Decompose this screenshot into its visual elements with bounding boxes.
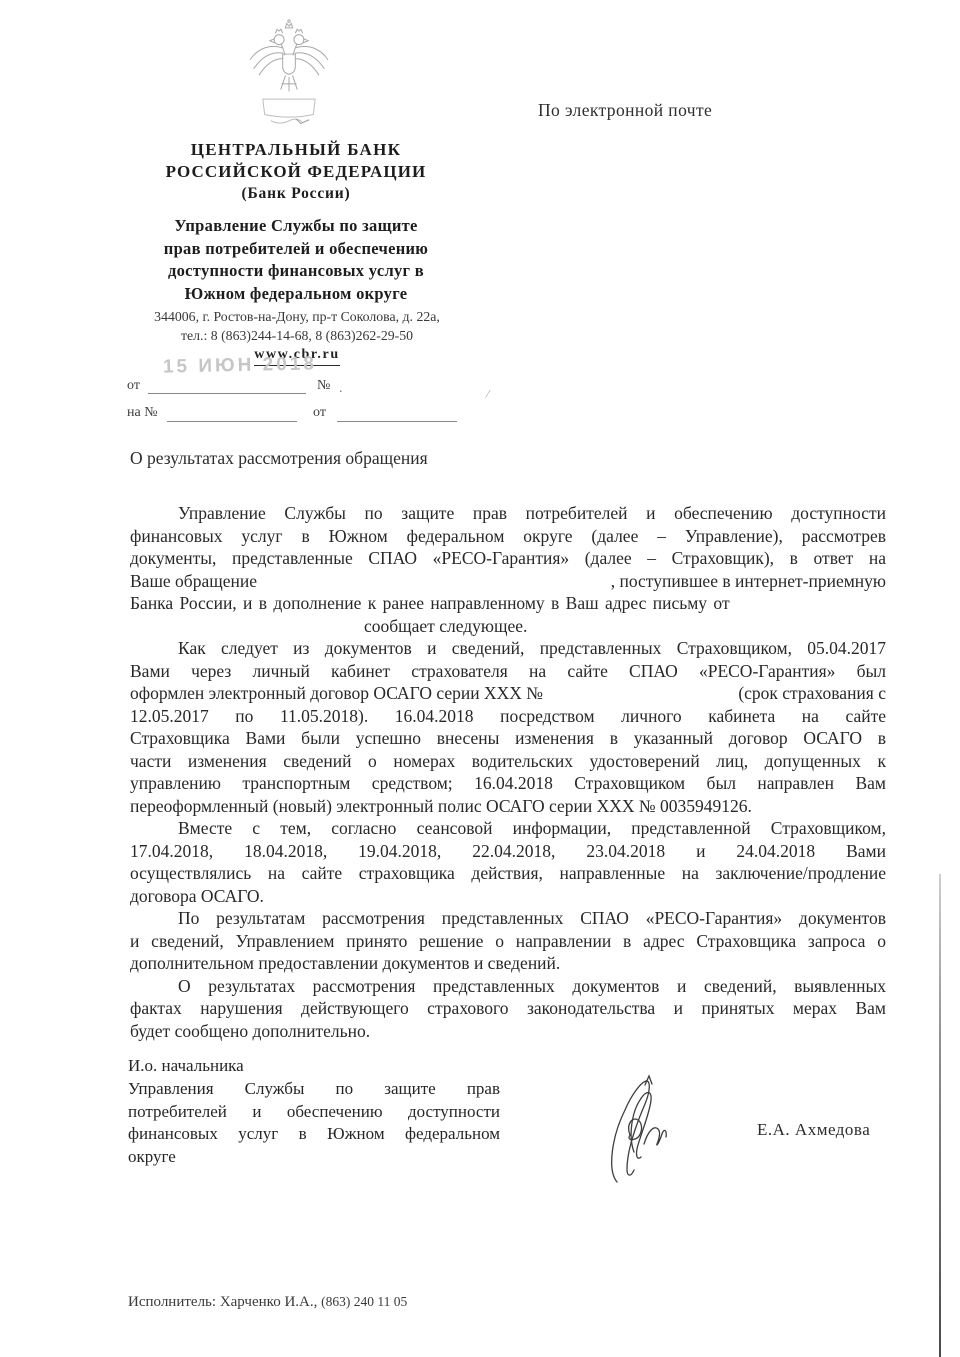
- department-line: прав потребителей и обеспечению: [136, 238, 456, 261]
- body-line: О результатах рассмотрения представленны…: [130, 975, 886, 998]
- body-line: осуществлялись на сайте страховщика дейс…: [130, 862, 886, 885]
- executor-name: Исполнитель: Харченко И.А.,: [128, 1294, 321, 1310]
- date-stamp: 15 ИЮН 2018: [163, 353, 317, 378]
- address-line: тел.: 8 (863)244-14-68, 8 (863)262-29-50: [121, 327, 473, 346]
- russia-coat-of-arms-icon: [243, 18, 335, 128]
- executor-note: Исполнитель: Харченко И.А., (863) 240 11…: [128, 1294, 407, 1311]
- ref-from-label: от: [127, 378, 140, 394]
- body-line: части изменения сведений о номерах водит…: [130, 750, 886, 773]
- reference-row-incoming: на № от: [127, 405, 547, 427]
- address-line: 344006, г. Ростов-на-Дону, пр-т Соколова…: [121, 308, 473, 327]
- executor-phone: (863) 240 11 05: [321, 1294, 407, 1309]
- body-line: будет сообщено дополнительно.: [130, 1020, 886, 1043]
- scan-edge-line: [939, 874, 941, 1357]
- ref-date-blank: [148, 392, 306, 394]
- body-line: Банка России, и в дополнение к ранее нап…: [130, 592, 886, 615]
- body-line-segment: оформлен электронный договор ОСАГО серии…: [130, 682, 543, 705]
- ref-on-number-label: на №: [127, 405, 158, 421]
- signer-position-line: И.о. начальника: [128, 1055, 500, 1078]
- reference-row-outgoing: от № .: [127, 378, 547, 400]
- body-line-segment: (срок страхования с: [738, 682, 886, 705]
- body-line-with-redacted-gap: оформлен электронный договор ОСАГО серии…: [130, 682, 886, 705]
- department-name-block: Управление Службы по защите прав потреби…: [136, 215, 456, 305]
- bank-name-line2: РОССИЙСКОЙ ФЕДЕРАЦИИ: [146, 161, 446, 183]
- body-line: Вместе с тем, согласно сеансовой информа…: [130, 817, 886, 840]
- body-line: фактах нарушения действующего страхового…: [130, 997, 886, 1020]
- body-line: документы, представленные СПАО «РЕСО-Гар…: [130, 547, 886, 570]
- body-line: 12.05.2017 по 11.05.2018). 16.04.2018 по…: [130, 705, 886, 728]
- body-line: 17.04.2018, 18.04.2018, 19.04.2018, 22.0…: [130, 840, 886, 863]
- body-line-segment: Ваше обращение: [130, 570, 257, 593]
- signer-position-line: Управления Службы по защите прав: [128, 1078, 500, 1101]
- signer-position-line: потребителей и обеспечению доступности: [128, 1101, 500, 1124]
- ref-dot-mark: .: [339, 381, 343, 397]
- signer-position-block: И.о. начальника Управления Службы по защ…: [128, 1055, 500, 1169]
- ref-incoming-date-blank: [337, 420, 457, 422]
- signer-position-line: финансовых услуг в Южном федеральном: [128, 1123, 500, 1146]
- body-line: сообщает следующее.: [130, 615, 886, 638]
- body-line: Управление Службы по защите прав потреби…: [130, 502, 886, 525]
- scanned-letter-page: По электронной почте ЦЕНТРАЛЬНЫЙ БАНК РО…: [0, 0, 960, 1357]
- body-line: финансовых услуг в Южном федеральном окр…: [130, 525, 886, 548]
- signer-name: Е.А. Ахмедова: [757, 1120, 870, 1140]
- delivery-method-note: По электронной почте: [538, 100, 712, 121]
- body-line: и сведений, Управлением принято решение …: [130, 930, 886, 953]
- department-line: Южном федеральном округе: [136, 283, 456, 306]
- letter-subject: О результатах рассмотрения обращения: [130, 448, 428, 469]
- handwritten-signature: [603, 1072, 681, 1190]
- body-line: По результатам рассмотрения представленн…: [130, 907, 886, 930]
- ref-incoming-number-blank: [167, 420, 297, 422]
- ref-from-label2: от: [313, 405, 326, 421]
- ref-number-label: №: [317, 378, 330, 394]
- body-line-with-redacted-gap: Ваше обращение , поступившее в интернет-…: [130, 570, 886, 593]
- department-line: Управление Службы по защите: [136, 215, 456, 238]
- signer-position-line: округе: [128, 1146, 500, 1169]
- body-line: управлению транспортным средством; 16.04…: [130, 772, 886, 795]
- body-line: Страховщика Вами были успешно внесены из…: [130, 727, 886, 750]
- body-line: дополнительном предоставлении документов…: [130, 952, 886, 975]
- body-line: переоформленный (новый) электронный поли…: [130, 795, 886, 818]
- department-line: доступности финансовых услуг в: [136, 260, 456, 283]
- bank-name-block: ЦЕНТРАЛЬНЫЙ БАНК РОССИЙСКОЙ ФЕДЕРАЦИИ (Б…: [146, 139, 446, 204]
- bank-name-line3: (Банк России): [146, 183, 446, 204]
- bank-name-line1: ЦЕНТРАЛЬНЫЙ БАНК: [146, 139, 446, 161]
- body-line: договора ОСАГО.: [130, 885, 886, 908]
- letter-body: Управление Службы по защите прав потреби…: [130, 502, 886, 1042]
- body-line: Как следует из документов и сведений, пр…: [130, 637, 886, 660]
- body-line-segment: , поступившее в интернет-приемную: [611, 570, 886, 593]
- body-line: Вами через личный кабинет страхователя н…: [130, 660, 886, 683]
